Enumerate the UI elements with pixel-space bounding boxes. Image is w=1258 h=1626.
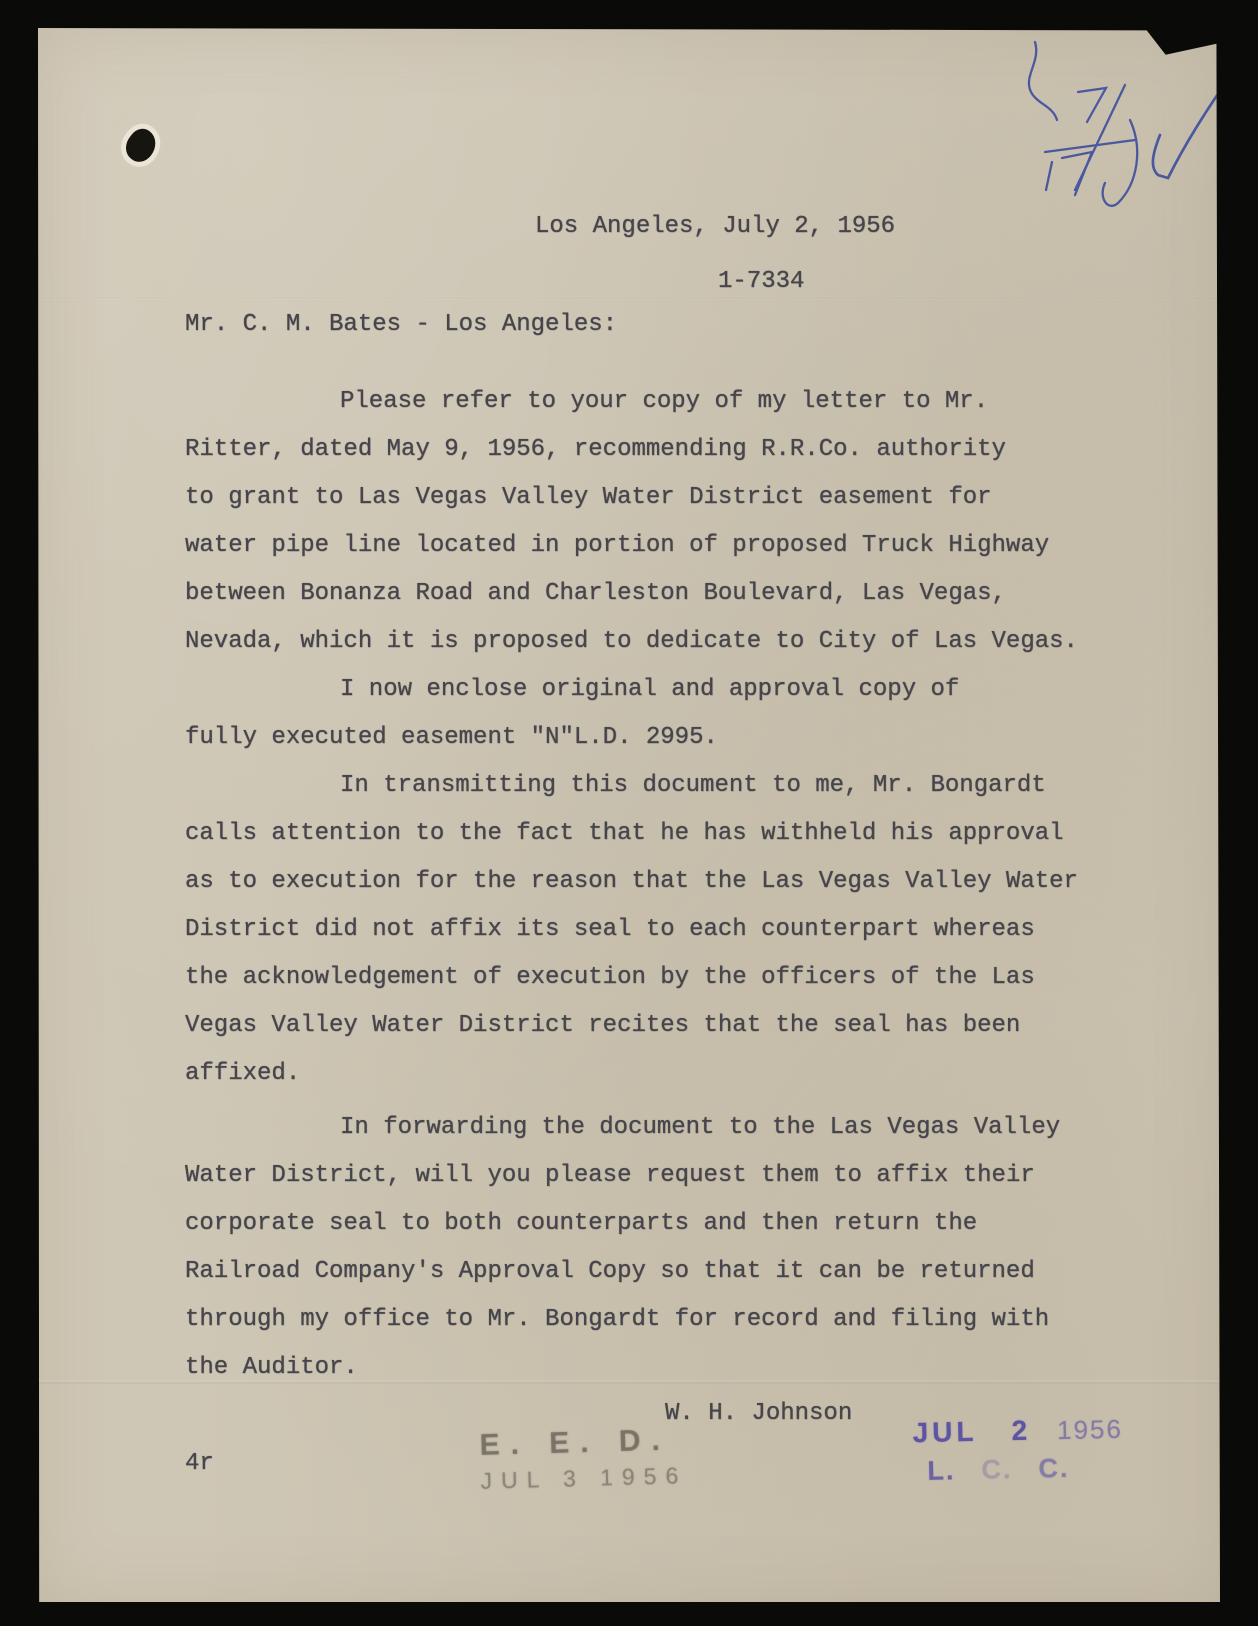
- letter-line: Vegas Valley Water District recites that…: [185, 1002, 1145, 1050]
- letter-line: Nevada, which it is proposed to dedicate…: [185, 618, 1145, 666]
- letter-line: Please refer to your copy of my letter t…: [185, 378, 1145, 426]
- letter-line: Ritter, dated May 9, 1956, recommending …: [185, 426, 1145, 474]
- pen-strike-line: [1045, 140, 1135, 152]
- letter-line: District did not affix its seal to each …: [185, 906, 1145, 954]
- stamp-lcc-date: JUL21956: [912, 1413, 1123, 1449]
- letter-line: between Bonanza Road and Charleston Boul…: [185, 570, 1145, 618]
- pen-one: [1046, 162, 1052, 190]
- file-number: 1-7334: [718, 258, 804, 306]
- letter-line: Railroad Company's Approval Copy so that…: [185, 1248, 1145, 1296]
- letter-line: fully executed easement "N"L.D. 2995.: [185, 714, 1145, 762]
- stamp-lcc-initial-l: L.: [927, 1455, 956, 1486]
- letter-line: to grant to Las Vegas Valley Water Distr…: [185, 474, 1145, 522]
- signature: W. H. Johnson: [665, 1390, 852, 1438]
- stamp-lcc: JUL21956 L.C.C.: [912, 1413, 1124, 1487]
- letter-line: through my office to Mr. Bongardt for re…: [185, 1296, 1145, 1344]
- paper-crease-faint: [38, 296, 1220, 298]
- letter-line: corporate seal to both counterparts and …: [185, 1200, 1145, 1248]
- letter-line: affixed.: [185, 1050, 1145, 1098]
- letter-line: In forwarding the document to the Las Ve…: [185, 1104, 1145, 1152]
- punch-hole: [120, 124, 162, 167]
- salutation: Mr. C. M. Bates - Los Angeles:: [185, 301, 617, 349]
- pen-squiggle-stroke: [1029, 42, 1057, 120]
- pen-seven-top: [1078, 88, 1106, 122]
- stamp-lcc-year: 1956: [1057, 1414, 1123, 1445]
- stamp-lcc-initial-c1: C.: [981, 1454, 1013, 1485]
- paragraph-4: In forwarding the document to the Las Ve…: [185, 1104, 1145, 1392]
- letter-line: water pipe line located in portion of pr…: [185, 522, 1145, 570]
- letter-body: Please refer to your copy of my letter t…: [185, 378, 1145, 1392]
- letter-line: the acknowledgement of execution by the …: [185, 954, 1145, 1002]
- paper-crease: [38, 1380, 1220, 1384]
- pen-check-mark: [1153, 88, 1222, 178]
- letter-page: Los Angeles, July 2, 1956 1-7334 Mr. C. …: [38, 28, 1220, 1602]
- stamp-lcc-day: 2: [1011, 1415, 1027, 1446]
- stamp-lcc-initials: L.C.C.: [927, 1452, 1124, 1487]
- letter-line: as to execution for the reason that the …: [185, 858, 1145, 906]
- letter-line: calls attention to the fact that he has …: [185, 810, 1145, 858]
- stamp-eed-initials: E. E. D.: [479, 1423, 687, 1463]
- stamp-eed-date: JUL 3 1956: [480, 1462, 687, 1495]
- typist-initials: 4r: [185, 1440, 214, 1488]
- handwritten-mark: [983, 28, 1238, 228]
- letter-line: I now enclose original and approval copy…: [185, 666, 1145, 714]
- letter-line: the Auditor.: [185, 1344, 1145, 1392]
- dateline: Los Angeles, July 2, 1956: [535, 203, 895, 251]
- pen-seven-bottom: [1062, 152, 1092, 195]
- paragraph-3: In transmitting this document to me, Mr.…: [185, 762, 1145, 1098]
- paragraph-1: Please refer to your copy of my letter t…: [185, 378, 1145, 666]
- letter-line: Water District, will you please request …: [185, 1152, 1145, 1200]
- letter-line: In transmitting this document to me, Mr.…: [185, 762, 1145, 810]
- stamp-eed: E. E. D. JUL 3 1956: [479, 1423, 688, 1495]
- pen-loop: [1103, 120, 1138, 206]
- stamp-lcc-initial-c2: C.: [1038, 1453, 1070, 1484]
- paragraph-2: I now enclose original and approval copy…: [185, 666, 1145, 762]
- stamp-lcc-month: JUL: [912, 1416, 978, 1448]
